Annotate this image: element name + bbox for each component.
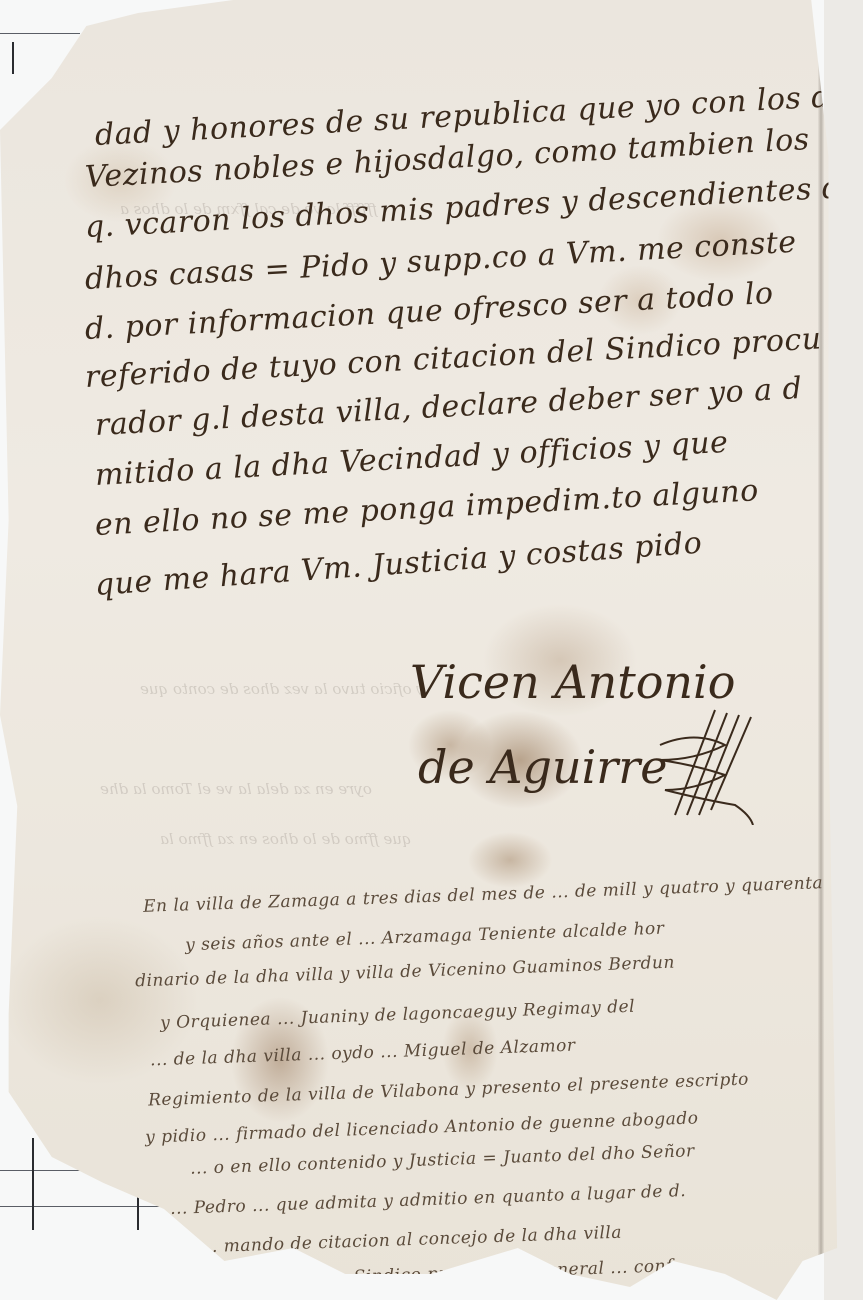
notary-text-line: ... Pedro ... que admita y admitio en qu… bbox=[170, 1181, 687, 1219]
manuscript-page: ffffff la ve de cal ffxm de lo dhos a y … bbox=[0, 0, 863, 1300]
grid-line bbox=[0, 33, 80, 34]
grid-line bbox=[12, 42, 14, 74]
notary-text-line: y seis años ante el ... Arzamaga Tenient… bbox=[185, 919, 665, 956]
signature-name-line-1: Vicen Antonio bbox=[410, 655, 735, 709]
signature-name-line-2: de Aguirre bbox=[418, 740, 668, 794]
notary-text-line: ... mando de citacion al concejo de la d… bbox=[200, 1223, 623, 1258]
notary-text-line: y pidio ... firmado del licenciado Anton… bbox=[145, 1108, 699, 1147]
notary-text-line: Regimiento de la villa de Vilabona y pre… bbox=[148, 1070, 749, 1111]
notary-text-line: dinario de la dha villa y villa de Vicen… bbox=[135, 953, 675, 992]
notary-text-line: ... de la dha villa ... oydo ... Miguel … bbox=[150, 1036, 576, 1071]
ink-bleed-through: oyre en za dela la ve el Tomo la dhe bbox=[100, 780, 372, 798]
ink-bleed-through: que ffmo de lo dhos en za ffmo la bbox=[160, 830, 411, 848]
grid-line bbox=[32, 1138, 34, 1230]
ink-bleed-through: y oficio tuvo la vez dhos de conto que bbox=[140, 680, 425, 698]
grid-line bbox=[0, 1206, 160, 1207]
notary-text-line: En la villa de Zamaga a tres dias del me… bbox=[143, 873, 824, 917]
notary-text-line: ... o en ello contenido y Justicia = Jua… bbox=[190, 1141, 695, 1179]
notary-text-line: y Orquienea ... Juaniny de lagoncaeguy R… bbox=[160, 997, 636, 1034]
signature-rubric-icon bbox=[655, 705, 755, 825]
